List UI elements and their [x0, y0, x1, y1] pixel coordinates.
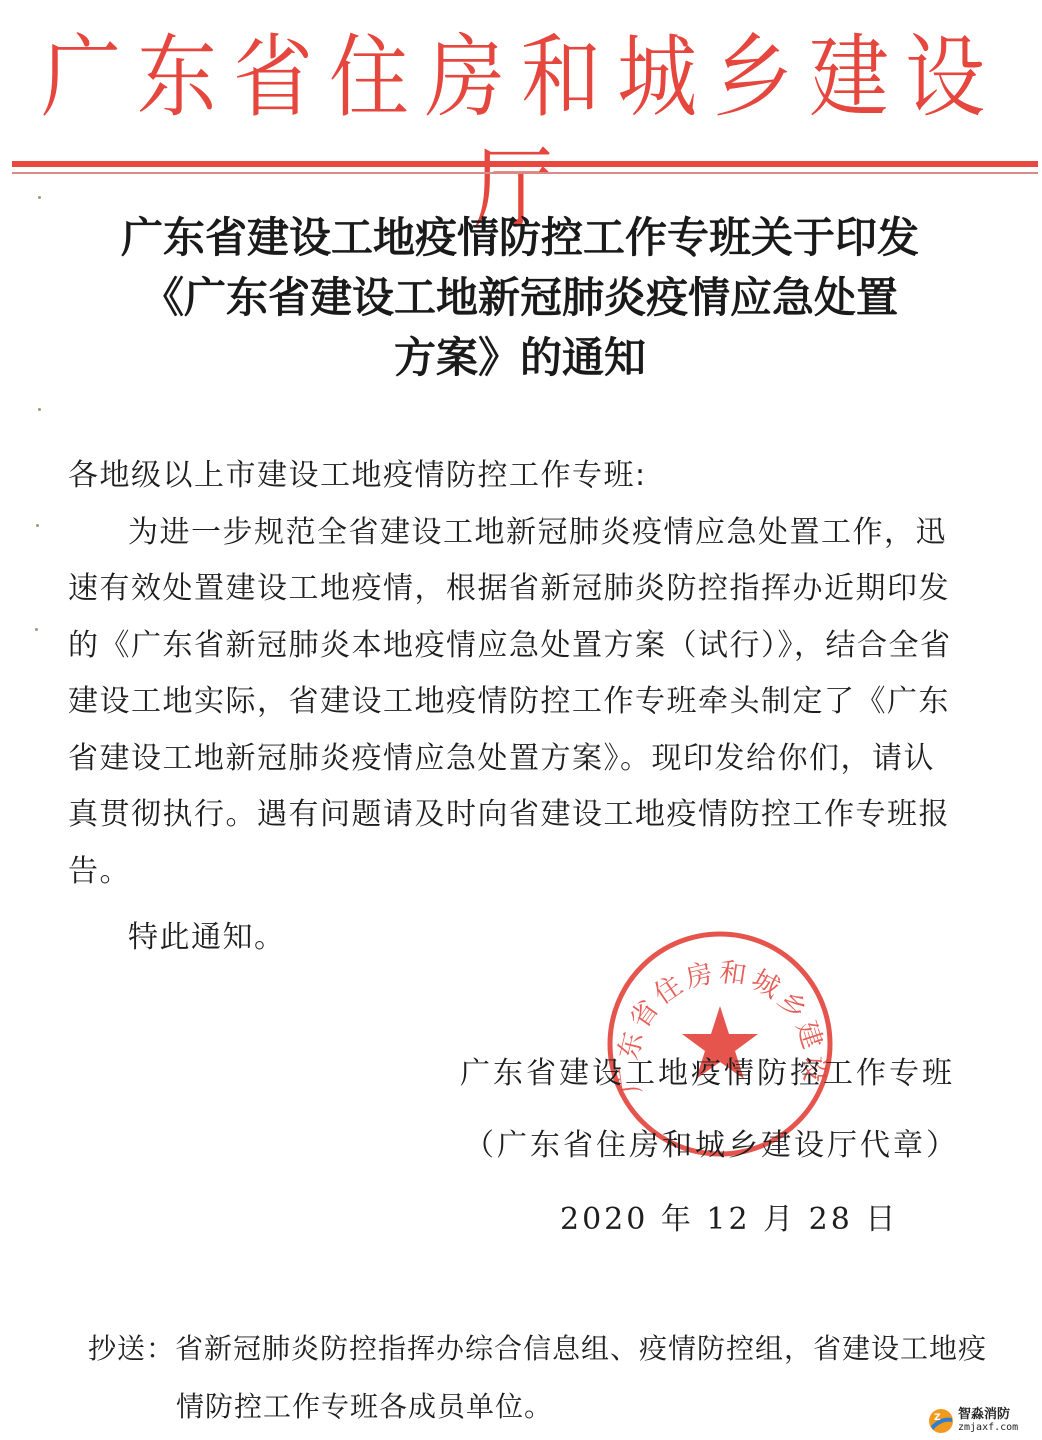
scan-speck [35, 628, 38, 631]
site-watermark: Z 智淼消防 zmjaxf.com [928, 1404, 1038, 1438]
watermark-name: 智淼消防 [958, 1408, 1018, 1421]
notice-title-line: 方案》的通知 [60, 328, 980, 388]
watermark-url: zmjaxf.com [958, 1421, 1018, 1434]
svg-text:Z: Z [934, 1413, 941, 1423]
notice-title-line: 广东省建设工地疫情防控工作专班关于印发 [60, 208, 980, 268]
watermark-logo-icon: Z [928, 1408, 954, 1434]
letterhead-red-rule [12, 161, 1038, 167]
letterhead-thin-rule [12, 172, 1038, 174]
cc-line: 情防控工作专班各成员单位。 [88, 1378, 1008, 1436]
body-line: 速有效处置建设工地疫情，根据省新冠肺炎防控指挥办近期印发 [68, 561, 988, 618]
scan-speck [38, 196, 41, 199]
closing-phrase: 特此通知。 [128, 912, 286, 956]
body-line: 为进一步规范全省建设工地新冠肺炎疫情应急处置工作，迅 [68, 505, 988, 562]
notice-body: 各地级以上市建设工地疫情防控工作专班: 为进一步规范全省建设工地新冠肺炎疫情应急… [68, 448, 988, 900]
body-line: 的《广东省新冠肺炎本地疫情应急处置方案（试行）》，结合全省 [68, 618, 988, 675]
issue-date: 2020 年 12 月 28 日 [560, 1194, 898, 1238]
body-line: 告。 [68, 844, 988, 901]
scan-speck [36, 524, 39, 527]
carbon-copy: 抄送：省新冠肺炎防控指挥办综合信息组、疫情防控组，省建设工地疫 情防控工作专班各… [88, 1320, 1008, 1436]
proxy-seal-note: （广东省住房和城乡建设厅代章） [464, 1120, 959, 1164]
notice-title-line: 《广东省建设工地新冠肺炎疫情应急处置 [60, 268, 980, 328]
notice-title: 广东省建设工地疫情防控工作专班关于印发 《广东省建设工地新冠肺炎疫情应急处置 方… [60, 208, 980, 388]
cc-line: 抄送：省新冠肺炎防控指挥办综合信息组、疫情防控组，省建设工地疫 [88, 1320, 1008, 1378]
salutation: 各地级以上市建设工地疫情防控工作专班: [68, 448, 988, 505]
body-line: 建设工地实际，省建设工地疫情防控工作专班牵头制定了《广东 [68, 674, 988, 731]
signing-organization: 广东省建设工地疫情防控工作专班 [460, 1048, 955, 1092]
body-line: 真贯彻执行。遇有问题请及时向省建设工地疫情防控工作专班报 [68, 787, 988, 844]
body-line: 省建设工地新冠肺炎疫情应急处置方案》。现印发给你们，请认 [68, 731, 988, 788]
scan-speck [38, 408, 41, 411]
